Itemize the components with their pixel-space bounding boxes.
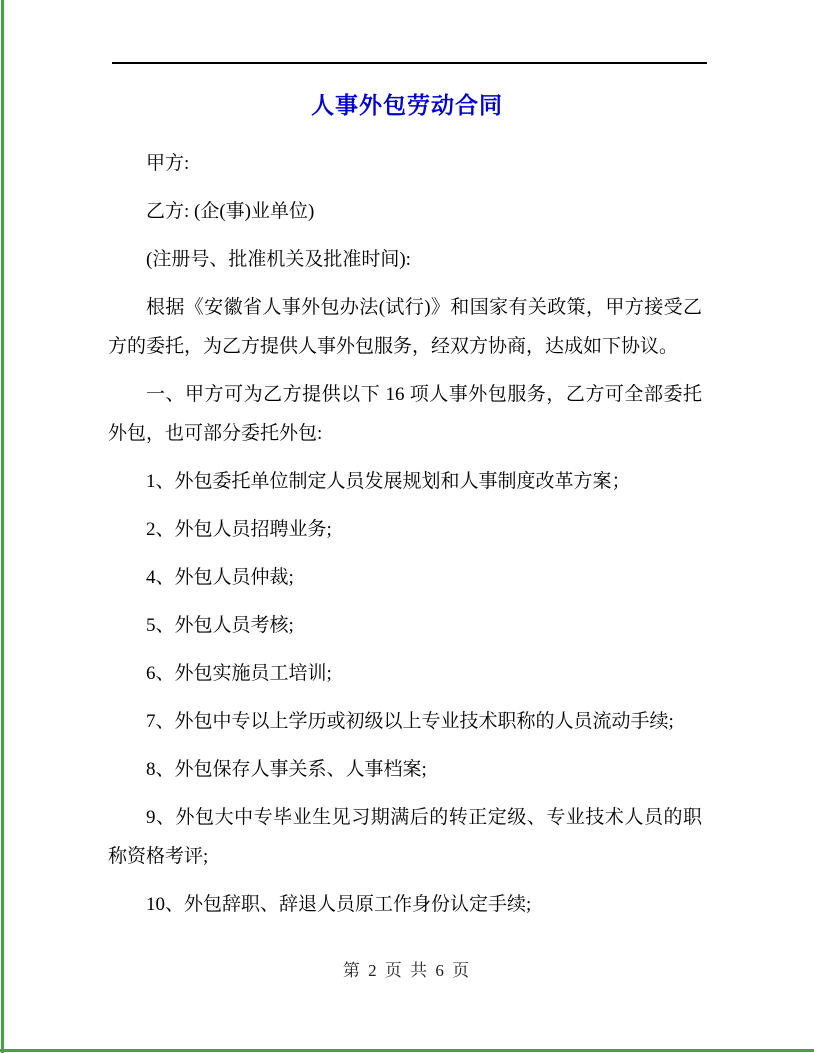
left-green-border bbox=[1, 0, 4, 1053]
bottom-green-border bbox=[0, 1049, 814, 1052]
document-body: 甲方: 乙方: (企(事)业单位) (注册号、批准机关及批准时间): 根据《安徽… bbox=[108, 144, 702, 924]
page-number-footer: 第 2 页 共 6 页 bbox=[0, 956, 814, 981]
header-rule bbox=[112, 62, 707, 64]
service-item-6: 6、外包实施员工培训; bbox=[108, 654, 702, 693]
service-item-2: 2、外包人员招聘业务; bbox=[108, 510, 702, 549]
service-item-10: 10、外包辞职、辞退人员原工作身份认定手续; bbox=[108, 885, 702, 924]
service-item-8: 8、外包保存人事关系、人事档案; bbox=[108, 750, 702, 789]
document-title: 人事外包劳动合同 bbox=[0, 90, 814, 122]
party-b-line: 乙方: (企(事)业单位) bbox=[108, 192, 702, 231]
service-item-5: 5、外包人员考核; bbox=[108, 606, 702, 645]
service-item-4: 4、外包人员仲裁; bbox=[108, 558, 702, 597]
clause-one-intro: 一、甲方可为乙方提供以下 16 项人事外包服务，乙方可全部委托外包，也可部分委托… bbox=[108, 375, 702, 453]
service-item-1: 1、外包委托单位制定人员发展规划和人事制度改革方案； bbox=[108, 462, 702, 501]
preamble-paragraph: 根据《安徽省人事外包办法(试行)》和国家有关政策，甲方接受乙方的委托，为乙方提供… bbox=[108, 288, 702, 366]
service-item-7: 7、外包中专以上学历或初级以上专业技术职称的人员流动手续; bbox=[108, 702, 702, 741]
service-item-9: 9、外包大中专毕业生见习期满后的转正定级、专业技术人员的职称资格考评; bbox=[108, 798, 702, 876]
party-a-line: 甲方: bbox=[108, 144, 702, 183]
registration-line: (注册号、批准机关及批准时间): bbox=[108, 240, 702, 279]
document-page: 人事外包劳动合同 甲方: 乙方: (企(事)业单位) (注册号、批准机关及批准时… bbox=[0, 0, 814, 1053]
